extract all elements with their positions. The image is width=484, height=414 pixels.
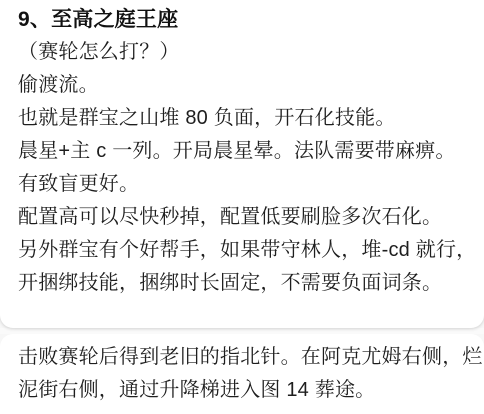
section-heading: 9、至高之庭王座 — [18, 3, 466, 36]
reward-line: 击败赛轮后得到老旧的指北针。在阿克尤姆右侧，烂 — [18, 341, 466, 374]
guide-section-card: 9、至高之庭王座 （赛轮怎么打？） 偷渡流。 也就是群宝之山堆 80 负面，开石… — [0, 0, 484, 328]
guide-line: 偷渡流。 — [18, 69, 466, 102]
guide-line: 配置高可以尽快秒掉，配置低要刷脸多次石化。 — [18, 201, 466, 234]
reward-line: 泥街右侧，通过升降梯进入图 14 葬途。 — [18, 374, 466, 407]
reward-section-card: 击败赛轮后得到老旧的指北针。在阿克尤姆右侧，烂 泥街右侧，通过升降梯进入图 14… — [0, 334, 484, 414]
guide-line: 也就是群宝之山堆 80 负面，开石化技能。 — [18, 102, 466, 135]
guide-line: 开捆绑技能，捆绑时长固定，不需要负面词条。 — [18, 267, 466, 300]
guide-line: 另外群宝有个好帮手，如果带守林人，堆-cd 就行， — [18, 234, 466, 267]
guide-line: 晨星+主 c 一列。开局晨星晕。法队需要带麻痹。 — [18, 135, 466, 168]
guide-line: （赛轮怎么打？） — [18, 36, 466, 69]
guide-line: 有致盲更好。 — [18, 168, 466, 201]
